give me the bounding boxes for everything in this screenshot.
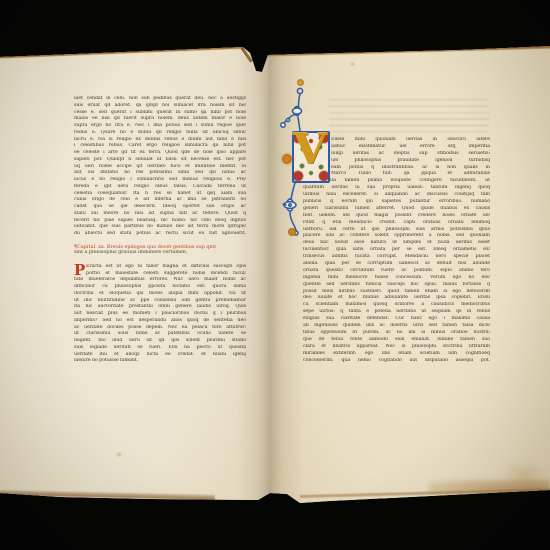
text-line: cū scientiam maximos quosq oratores a ca… <box>303 302 490 309</box>
text-line: ita hic auctoritate prestantiū omni gene… <box>74 304 246 311</box>
text-line: suis legiāde ueritati se tueri. Etsi nā … <box>74 345 246 352</box>
text-line: huic aliqua tamen pxima eloquēte cōtinge… <box>303 178 490 185</box>
foxing-spot <box>297 79 304 86</box>
text-line: ūq ueri nomē accipe qd ueritatē fuco et … <box>74 164 246 171</box>
text-line: ferēda ē igit uera religio oībus falsis.… <box>74 184 246 191</box>
open-book: iuet cendat in celū. non sub pedibus que… <box>0 0 550 550</box>
text-line: iuet cendat in celū. non sub pedibus que… <box>74 96 246 103</box>
foxing-spot <box>288 228 296 236</box>
foxing-spot <box>350 62 355 66</box>
text-block-2: P Eracta est ut ego ni fallor magna et d… <box>74 264 246 365</box>
text-line: publicis q eorum qui sapiētes putantur e… <box>303 199 490 206</box>
foxing-spot <box>116 452 122 457</box>
text-line: rēdus ē. Quare nō ē dubiū qn religio nul… <box>74 130 246 137</box>
penwork-flourish <box>277 83 319 245</box>
text-line: quentie sed ueritatis fiducia suscepi ho… <box>303 282 490 289</box>
text-line: quantum ueritas ui sua propria ualeat: t… <box>303 185 490 192</box>
text-line: generi clarissimū lumen afferret. Quod q… <box>303 206 490 213</box>
text-line: deo iuuāte et hoc munus adiuuante uerita… <box>303 295 490 302</box>
left-text-column: iuet cendat in celū. non sub pedibus que… <box>74 96 246 365</box>
text-line: cesse ē. sed querat ī sublimi querat in … <box>74 110 246 117</box>
rubric-line-2: sint a philosophis grauius imminere cert… <box>74 250 246 257</box>
text-line: statū sui mēorē nō nisi ad supna niti ac… <box>74 211 246 218</box>
red-initial-p: P <box>74 264 86 277</box>
text-block-2-lines: Eracta est ut ego ni fallor magna et dif… <box>74 264 246 365</box>
text-line: que de tenui fonte admodū exili emanat. … <box>303 337 490 344</box>
text-line: ab ingeniosis quidem illis ac disertis u… <box>303 323 490 330</box>
text-line: adhuc existimatur. uel errore atq imperi… <box>331 144 490 151</box>
book-photograph: iuet cendat in celū. non sub pedibus que… <box>0 0 550 550</box>
text-line: luculentior. quia satis ornata per se es… <box>303 247 490 254</box>
text-line: suis eruat qd adoret. qa qdqd hoī subiac… <box>74 103 246 110</box>
text-line: fieri uellem. uel quod magis possint cre… <box>303 213 490 220</box>
text-line: uel philosophis prauitate igenioū turbid… <box>331 158 490 165</box>
text-line: Ellem mihi quoniam ueritas in obscuro la… <box>331 137 490 144</box>
text-line: uerborū. uel certe ut ipsi philosophi su… <box>303 227 490 234</box>
text-line: aliena. quia per se corruptum uanescit a… <box>303 261 490 268</box>
text-line: deus hāc uoluit esse naturā ut simplex e… <box>303 240 490 247</box>
text-line: sapiēti pōt. Quidqd n simulat id falsū s… <box>74 157 246 164</box>
text-line: uiribus nixa excelleret: si aliquando ac… <box>303 192 490 199</box>
text-line: clara et illustris appareat. Nec si phil… <box>303 344 490 351</box>
verso-show-through <box>329 99 489 134</box>
text-line: uulgi ueritas ac ineptis sup stitiōibus … <box>331 151 490 158</box>
text-line: iocus ē nō religio ī simulachris sed mim… <box>74 177 246 184</box>
text-line: portio et maiestate celesti suggerēte no… <box>86 271 246 278</box>
chapter-rubric: ¶Capitul. xx. Breuis epilogus quo docet … <box>74 244 246 257</box>
foxing-stain <box>500 460 550 490</box>
text-line: supra ergo nō īfra ē. Nec ī ima potius s… <box>74 123 246 130</box>
text-block-1: iuet cendat in celū. non sub pedibus que… <box>74 96 246 238</box>
text-line: mirabiles extiterint: ego illis etiam sc… <box>303 351 490 358</box>
text-line: ritati q etiā mendacio credūt. capti ora… <box>303 220 490 227</box>
text-line: ingeniū mihi mediocre fuisse concessum. … <box>303 275 490 282</box>
text-line: fecerit hic plāe sapiēs beatusq. hic hom… <box>74 218 246 225</box>
text-line: ut illic multitudine ac ppe consensu oīm… <box>74 298 246 305</box>
text-line: doctrina et eloquētia qsi moles aliqua m… <box>74 291 246 298</box>
text-line: iuenire nō potuisse fateant. <box>74 358 246 365</box>
text-line: dū abiectū sed statū potius ac rectū sic… <box>74 231 246 238</box>
text-line: cadet quo se ipe deiecerit. Ideoq oporte… <box>74 204 246 211</box>
text-line: ut clarissimū solis lumē ac patētibus oc… <box>74 331 246 338</box>
text-line: ac ueritate dociles posse depelli. Nec e… <box>74 325 246 332</box>
text-line: tibus oppressum iri putem. ac nō illa si… <box>303 330 490 337</box>
text-line: lacrū ē. Nā si religio ex diuinis rebus … <box>74 137 246 144</box>
text-line: ī celestibus rebus. Caret ergo religiōe … <box>74 143 246 150</box>
text-line: aūt oīs imitatio nō res potissimū sima s… <box>74 170 246 177</box>
text-line: exiguis sua claritate defendat. Cur hanc… <box>303 316 490 323</box>
foxing-spot <box>282 154 292 164</box>
text-line: celestia cōsequamur. Ita n res se habet … <box>74 191 246 198</box>
text-line: ee celeste ī arte qd fit ex terra. Quod … <box>74 150 246 157</box>
text-line: tate inueteratos depulimus errores. Nūc … <box>74 277 246 284</box>
text-line: placere sibi ac cōfidere solent opprimer… <box>303 233 490 240</box>
text-line: concesserim. quā nemo cogitando aut disp… <box>303 358 490 365</box>
text-line: negent. mo illud uerū sit qd ipsi solent… <box>74 338 246 345</box>
text-line: eam potius q illustrantibus. ac si non q… <box>331 165 490 172</box>
text-line: Marco Tullio fuit: qa ppqua et admirabil… <box>331 171 490 178</box>
text-line: ueritatē diu et alioqz luctā ee credāt. … <box>74 352 246 359</box>
right-text-column: Ellem mihi quoniam ueritas in obscuro la… <box>303 137 490 364</box>
text-line: Eracta est ut ego ni fallor magna et dif… <box>86 264 246 271</box>
text-line: cuius origo de celo ē ad inferna ac ima … <box>74 197 246 204</box>
text-line: ornatu quesito circūlitum fuerit ac poli… <box>303 268 490 275</box>
text-line: difficilior cū philosophis pposita lucta… <box>74 284 246 291</box>
text-line: aūt nesciat plus ee momēti ī paucioribus… <box>74 311 246 318</box>
text-line: maius ee nisi qd fuerit supra hoīem. deu… <box>74 116 246 123</box>
text-line: iudicabit. que suis partibus nō humile n… <box>74 224 246 231</box>
right-text-lines: Ellem mihi quoniam ueritas in obscuro la… <box>303 137 490 364</box>
text-line: trinsecus additis fucata corrūpit. Menda… <box>303 254 490 261</box>
rubric-line-red: ¶Capitul. xx. Breuis epilogus quo docet … <box>74 244 246 251</box>
text-line: possit meis uiribus sustineri. quod tame… <box>303 289 490 296</box>
text-line: imperitis? Sed nō est desperandū alios q… <box>74 318 246 325</box>
text-line: sepe uictos: q tanta ē potētia ueritatis… <box>303 309 490 316</box>
